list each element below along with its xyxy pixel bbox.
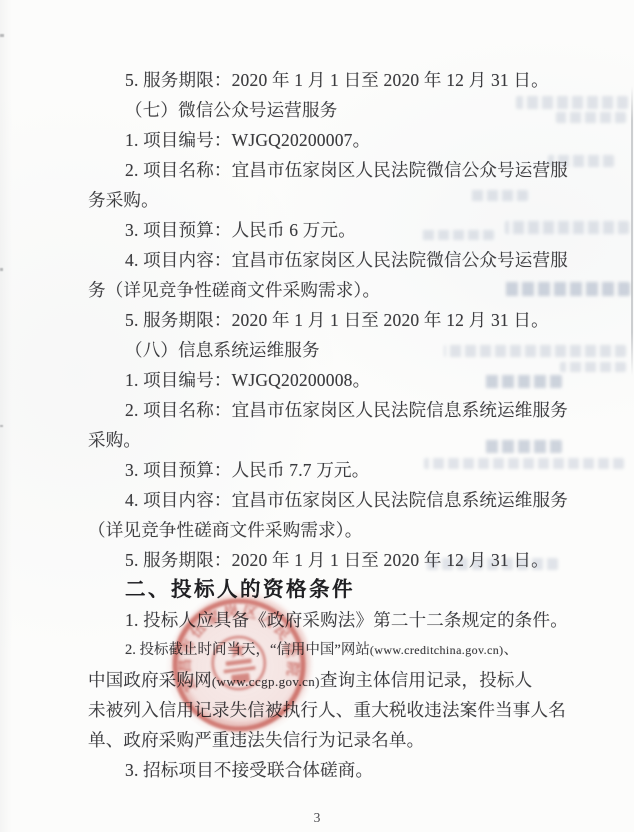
document-line-service-period: 5. 服务期限：2020 年 1 月 1 日至 2020 年 12 月 31 日… bbox=[88, 305, 588, 335]
document-line-section-8-heading: （八）信息系统运维服务 bbox=[88, 335, 588, 365]
page-edge-shadow bbox=[631, 86, 633, 376]
scanned-document-page: { "page": { "number": "3" }, "doc": { "l… bbox=[0, 0, 634, 832]
official-seal: 宜昌市伍家岗区人民法院 bbox=[145, 571, 332, 758]
scan-speck bbox=[0, 268, 3, 271]
scan-speck bbox=[0, 425, 3, 427]
document-line-section-7-heading: （七）微信公众号运营服务 bbox=[88, 95, 588, 125]
document-line-project-number: 1. 项目编号：WJGQ20200008。 bbox=[88, 365, 588, 395]
national-emblem-icon bbox=[210, 634, 268, 692]
document-line: 5. 服务期限：2020 年 1 月 1 日至 2020 年 12 月 31 日… bbox=[88, 65, 588, 95]
document-line-project-budget: 3. 项目预算：人民币 6 万元。 bbox=[88, 215, 588, 245]
page-number: 3 bbox=[0, 810, 634, 826]
document-line: （详见竞争性磋商文件采购需求）。 bbox=[88, 515, 588, 545]
document-line: 务采购。 bbox=[88, 185, 588, 215]
creditchina-url: (www.creditchina.gov.cn) bbox=[370, 643, 504, 657]
scan-speck bbox=[0, 34, 4, 37]
line-text: 查询主体信用记录，投标人 bbox=[320, 670, 532, 690]
document-line-service-period: 5. 服务期限：2020 年 1 月 1 日至 2020 年 12 月 31 日… bbox=[88, 545, 588, 575]
document-line-qualification-3: 3. 招标项目不接受联合体磋商。 bbox=[88, 755, 588, 785]
line-text: 、 bbox=[504, 642, 519, 658]
document-line-project-name: 2. 项目名称：宜昌市伍家岗区人民法院信息系统运维服务 bbox=[88, 395, 588, 425]
document-line-project-content: 4. 项目内容：宜昌市伍家岗区人民法院信息系统运维服务 bbox=[88, 485, 588, 515]
document-line-project-budget: 3. 项目预算：人民币 7.7 万元。 bbox=[88, 455, 588, 485]
document-line-project-name: 2. 项目名称：宜昌市伍家岗区人民法院微信公众号运营服 bbox=[88, 155, 588, 185]
document-line: 务（详见竞争性磋商文件采购需求）。 bbox=[88, 275, 588, 305]
document-line-project-number: 1. 项目编号：WJGQ20200007。 bbox=[88, 125, 588, 155]
document-line: 采购。 bbox=[88, 425, 588, 455]
document-line-project-content: 4. 项目内容：宜昌市伍家岗区人民法院微信公众号运营服 bbox=[88, 245, 588, 275]
